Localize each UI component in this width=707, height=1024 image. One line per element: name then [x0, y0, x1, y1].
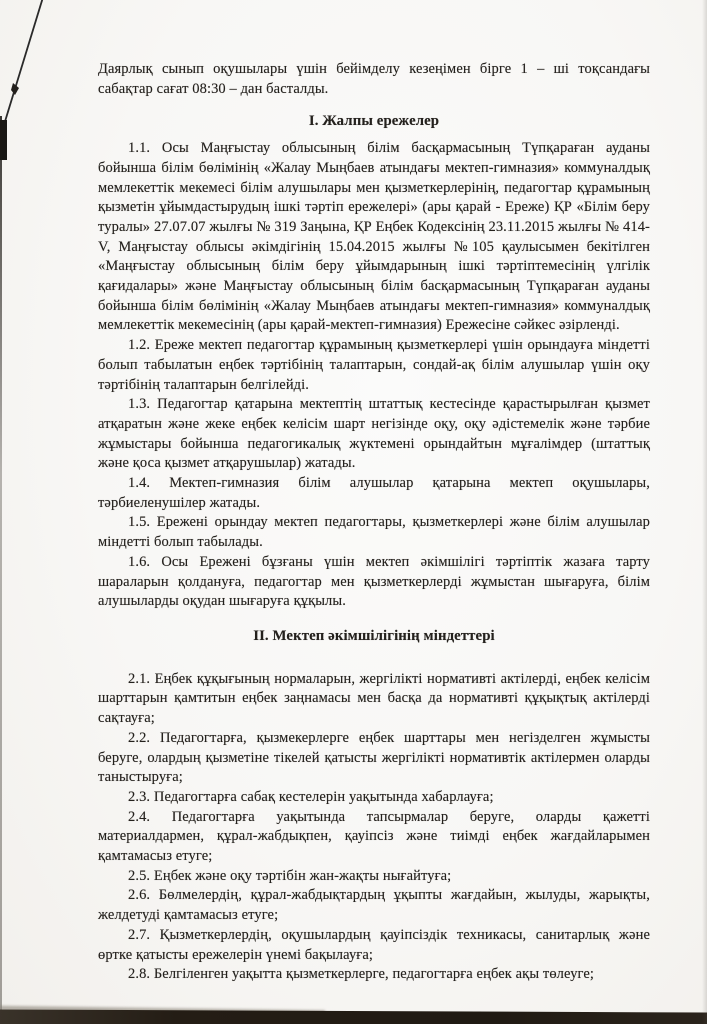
paragraph-1-6: 1.6. Осы Ережені бұзғаны үшін мектеп әкі…	[98, 553, 650, 612]
scan-edge-left	[0, 116, 2, 1012]
scan-edge-bottom	[0, 1009, 707, 1024]
pen-stroke-mark	[0, 0, 70, 170]
paragraph-2-7: 2.7. Қызметкерлердің, оқушылардың қауіпс…	[98, 926, 650, 965]
paragraph-2-2: 2.2. Педагогтарға, қызмекерлерге еңбек ш…	[98, 729, 650, 788]
document-body: Даярлық сынып оқушылары үшін бейімделу к…	[98, 60, 650, 985]
paragraph-1-1: 1.1. Осы Маңғыстау облысының білім басқа…	[98, 139, 650, 336]
section-1-heading: I. Жалпы ережелер	[98, 112, 650, 132]
paragraph-2-4: 2.4. Педагогтарға уақытында тапсырмалар …	[98, 808, 650, 867]
paragraph-2-3: 2.3. Педагогтарға сабақ кестелерін уақыт…	[98, 788, 650, 808]
intro-paragraph: Даярлық сынып оқушылары үшін бейімделу к…	[98, 60, 650, 99]
paragraph-1-4: 1.4. Мектеп-гимназия білім алушылар қата…	[98, 474, 650, 513]
paragraph-1-3: 1.3. Педагогтар қатарына мектептің штатт…	[98, 395, 650, 474]
paragraph-2-5: 2.5. Еңбек және оқу тәртібін жан-жақты н…	[98, 867, 650, 887]
paragraph-2-8: 2.8. Белгіленген уақытта қызметкерлерге,…	[98, 965, 650, 985]
paragraph-1-2: 1.2. Ереже мектеп педагогтар құрамының қ…	[98, 336, 650, 395]
paragraph-2-6: 2.6. Бөлмелердің, құрал-жабдықтардың ұқы…	[98, 886, 650, 925]
paragraph-1-5: 1.5. Ережені орындау мектеп педагогтары,…	[98, 513, 650, 552]
paragraph-2-1: 2.1. Еңбек құқығының нормаларын, жергілі…	[98, 670, 650, 729]
section-2-heading: II. Мектеп әкімшілігінің міндеттері	[98, 627, 650, 647]
scan-edge-right	[702, 0, 707, 1024]
scanned-document-page: Даярлық сынып оқушылары үшін бейімделу к…	[0, 0, 707, 1024]
